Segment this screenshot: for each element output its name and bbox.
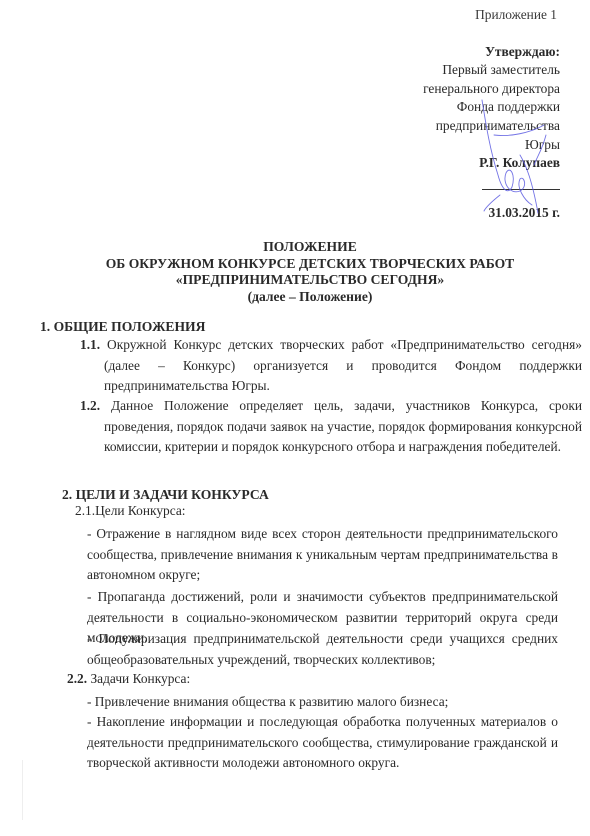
title-line: ОБ ОКРУЖНОМ КОНКУРСЕ ДЕТСКИХ ТВОРЧЕСКИХ … [40, 256, 580, 273]
approver-position-line: генерального директора [360, 80, 560, 99]
title-line: «ПРЕДПРИНИМАТЕЛЬСТВО СЕГОДНЯ» [40, 272, 580, 289]
approval-date: 31.03.2015 г. [360, 204, 560, 223]
document-title: ПОЛОЖЕНИЕ ОБ ОКРУЖНОМ КОНКУРСЕ ДЕТСКИХ Т… [40, 239, 580, 305]
paragraph-1-2: 1.2. Данное Положение определяет цель, з… [80, 396, 582, 458]
approver-position-line: Первый заместитель [360, 61, 560, 80]
approver-position-line: Югры [360, 136, 560, 155]
subsection-title: Цели Конкурса: [95, 503, 185, 518]
bullet-item: - Популяризация предпринимательской деят… [87, 629, 558, 670]
section-heading: 2. ЦЕЛИ И ЗАДАЧИ КОНКУРСА [62, 487, 269, 503]
bullet-item: - Отражение в наглядном виде всех сторон… [87, 524, 558, 586]
paragraph-number: 1.1. [80, 337, 100, 352]
approver-name: Р.Г. Колупаев [360, 154, 560, 173]
paragraph-1-1: 1.1. Окружной Конкурс детских творческих… [80, 335, 582, 397]
bullet-item: - Привлечение внимания общества к развит… [87, 692, 558, 713]
title-line: (далее – Положение) [40, 289, 580, 306]
approval-block: Приложение 1 Утверждаю: Первый заместите… [360, 6, 560, 222]
section-heading: 1. ОБЩИЕ ПОЛОЖЕНИЯ [40, 319, 205, 335]
subsection-2-1-label: 2.1.Цели Конкурса: [75, 503, 186, 519]
subsection-number: 2.1. [75, 503, 95, 518]
appendix-label: Приложение 1 [360, 6, 557, 25]
approve-label: Утверждаю: [360, 43, 560, 62]
scan-edge-mark [22, 760, 23, 820]
paragraph-number: 1.2. [80, 398, 100, 413]
subsection-title: Задачи Конкурса: [90, 671, 190, 686]
paragraph-text: Данное Положение определяет цель, задачи… [104, 398, 582, 454]
document-page: Приложение 1 Утверждаю: Первый заместите… [0, 0, 590, 836]
subsection-number: 2.2. [67, 671, 87, 686]
signature-line [482, 189, 560, 190]
approver-position-line: предпринимательства [360, 117, 560, 136]
bullet-item: - Накопление информации и последующая об… [87, 712, 558, 774]
subsection-2-2-label: 2.2. Задачи Конкурса: [67, 671, 190, 687]
title-line: ПОЛОЖЕНИЕ [40, 239, 580, 256]
paragraph-text: Окружной Конкурс детских творческих рабо… [104, 337, 582, 393]
approver-position-line: Фонда поддержки [360, 98, 560, 117]
